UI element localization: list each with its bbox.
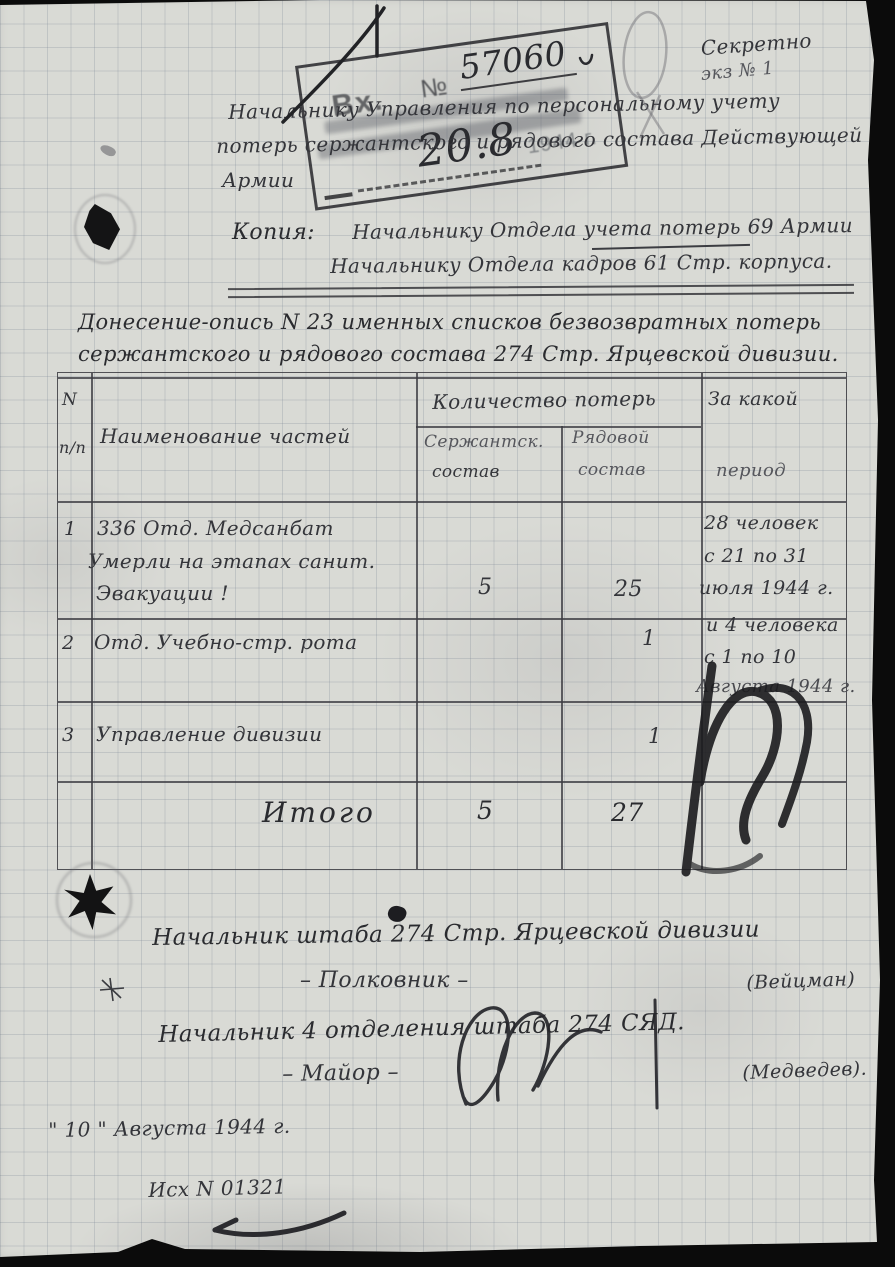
title-line-1: Донесение-опись N 23 именных списков без…	[78, 310, 821, 334]
col-num-header: N	[62, 390, 77, 410]
copy-label: Копия:	[232, 220, 315, 245]
signature2-line-1: Начальник 4 отделения штаба 274 СЯД.	[158, 1009, 685, 1048]
double-rule	[228, 284, 854, 298]
copy-line-1: Начальнику Отдела учета потерь 69 Армии	[352, 213, 853, 244]
table-line	[58, 501, 846, 503]
row-private-value: 1	[648, 724, 662, 748]
row-name-line: Управление дивизии	[96, 722, 322, 746]
title-line-2: сержантского и рядового состава 274 Стр.…	[78, 342, 839, 366]
col-sergeant-header-2: состав	[432, 462, 500, 482]
col-private-header: Рядовой	[572, 428, 650, 448]
signature2-name: (Медведев).	[742, 1058, 867, 1084]
total-label: Итого	[262, 796, 376, 829]
signature1-line-1: Начальник штаба 274 Стр. Ярцевской дивиз…	[152, 917, 760, 951]
outgoing-number: Исх N 01321	[148, 1174, 287, 1202]
total-private-value: 27	[611, 798, 644, 827]
signature1-rank: – Полковник –	[300, 968, 469, 993]
scanned-document: Секретно экз № 1 Вх. № 57060 20.8 1944 г…	[0, 0, 895, 1267]
table-line	[58, 701, 846, 703]
secret-label: Секретно	[700, 28, 813, 60]
col-private-header-2: состав	[578, 460, 646, 480]
row-name-line: Отд. Учебно-стр. рота	[94, 630, 357, 654]
paper-smudge	[99, 143, 117, 158]
stamp-line-segment	[324, 192, 352, 200]
col-sergeant-header: Сержантск.	[424, 432, 544, 452]
row-private-value: 25	[614, 577, 643, 602]
row-sergeant-value: 5	[478, 575, 492, 600]
copy-number-label: экз № 1	[700, 58, 775, 85]
addressee-line-3: Армии	[222, 168, 294, 192]
col-losses-header: Количество потерь	[432, 386, 656, 414]
row-period-line: с 21 по 31	[704, 545, 809, 567]
col-name-header: Наименование частей	[100, 424, 351, 448]
total-sergeant-value: 5	[477, 796, 493, 825]
row-period-line: с 1 по 10	[704, 646, 796, 668]
row-num: 1	[64, 518, 77, 540]
table-line	[561, 426, 563, 869]
paper-sheet: Секретно экз № 1 Вх. № 57060 20.8 1944 г…	[0, 0, 895, 1267]
table-line	[701, 373, 703, 869]
document-date: " 10 " Августа 1944 г.	[48, 1114, 291, 1142]
table-line	[91, 373, 93, 869]
row-name-line: 336 Отд. Медсанбат	[97, 516, 334, 540]
row-num: 3	[62, 724, 75, 746]
torn-hole-halo	[74, 194, 136, 264]
row-period-line: 28 человек	[704, 512, 818, 534]
row-private-value: 1	[642, 626, 656, 650]
table-line	[416, 373, 418, 869]
row-period-line: и 4 человека	[706, 614, 839, 636]
copy-line-2: Начальнику Отдела кадров 61 Стр. корпуса…	[330, 249, 833, 278]
torn-hole-halo	[56, 862, 132, 938]
row-period-line: июля 1944 г.	[699, 577, 834, 599]
stamp-number: 57060	[455, 32, 577, 91]
col-period-header: За какой	[708, 388, 798, 410]
signature1-name: (Вейцман)	[746, 968, 855, 994]
signature2-rank: – Майор –	[282, 1060, 399, 1087]
table-line	[58, 377, 846, 379]
row-period-line: Августа 1944 г.	[696, 676, 856, 697]
col-period-header-2: период	[716, 460, 786, 481]
row-name-line: Эвакуации !	[96, 581, 229, 605]
table-line	[416, 426, 701, 428]
row-name-line: Умерли на этапах санит.	[88, 549, 375, 573]
col-num-header-2: п/п	[59, 438, 86, 457]
row-num: 2	[62, 632, 75, 654]
table-line	[58, 781, 846, 783]
